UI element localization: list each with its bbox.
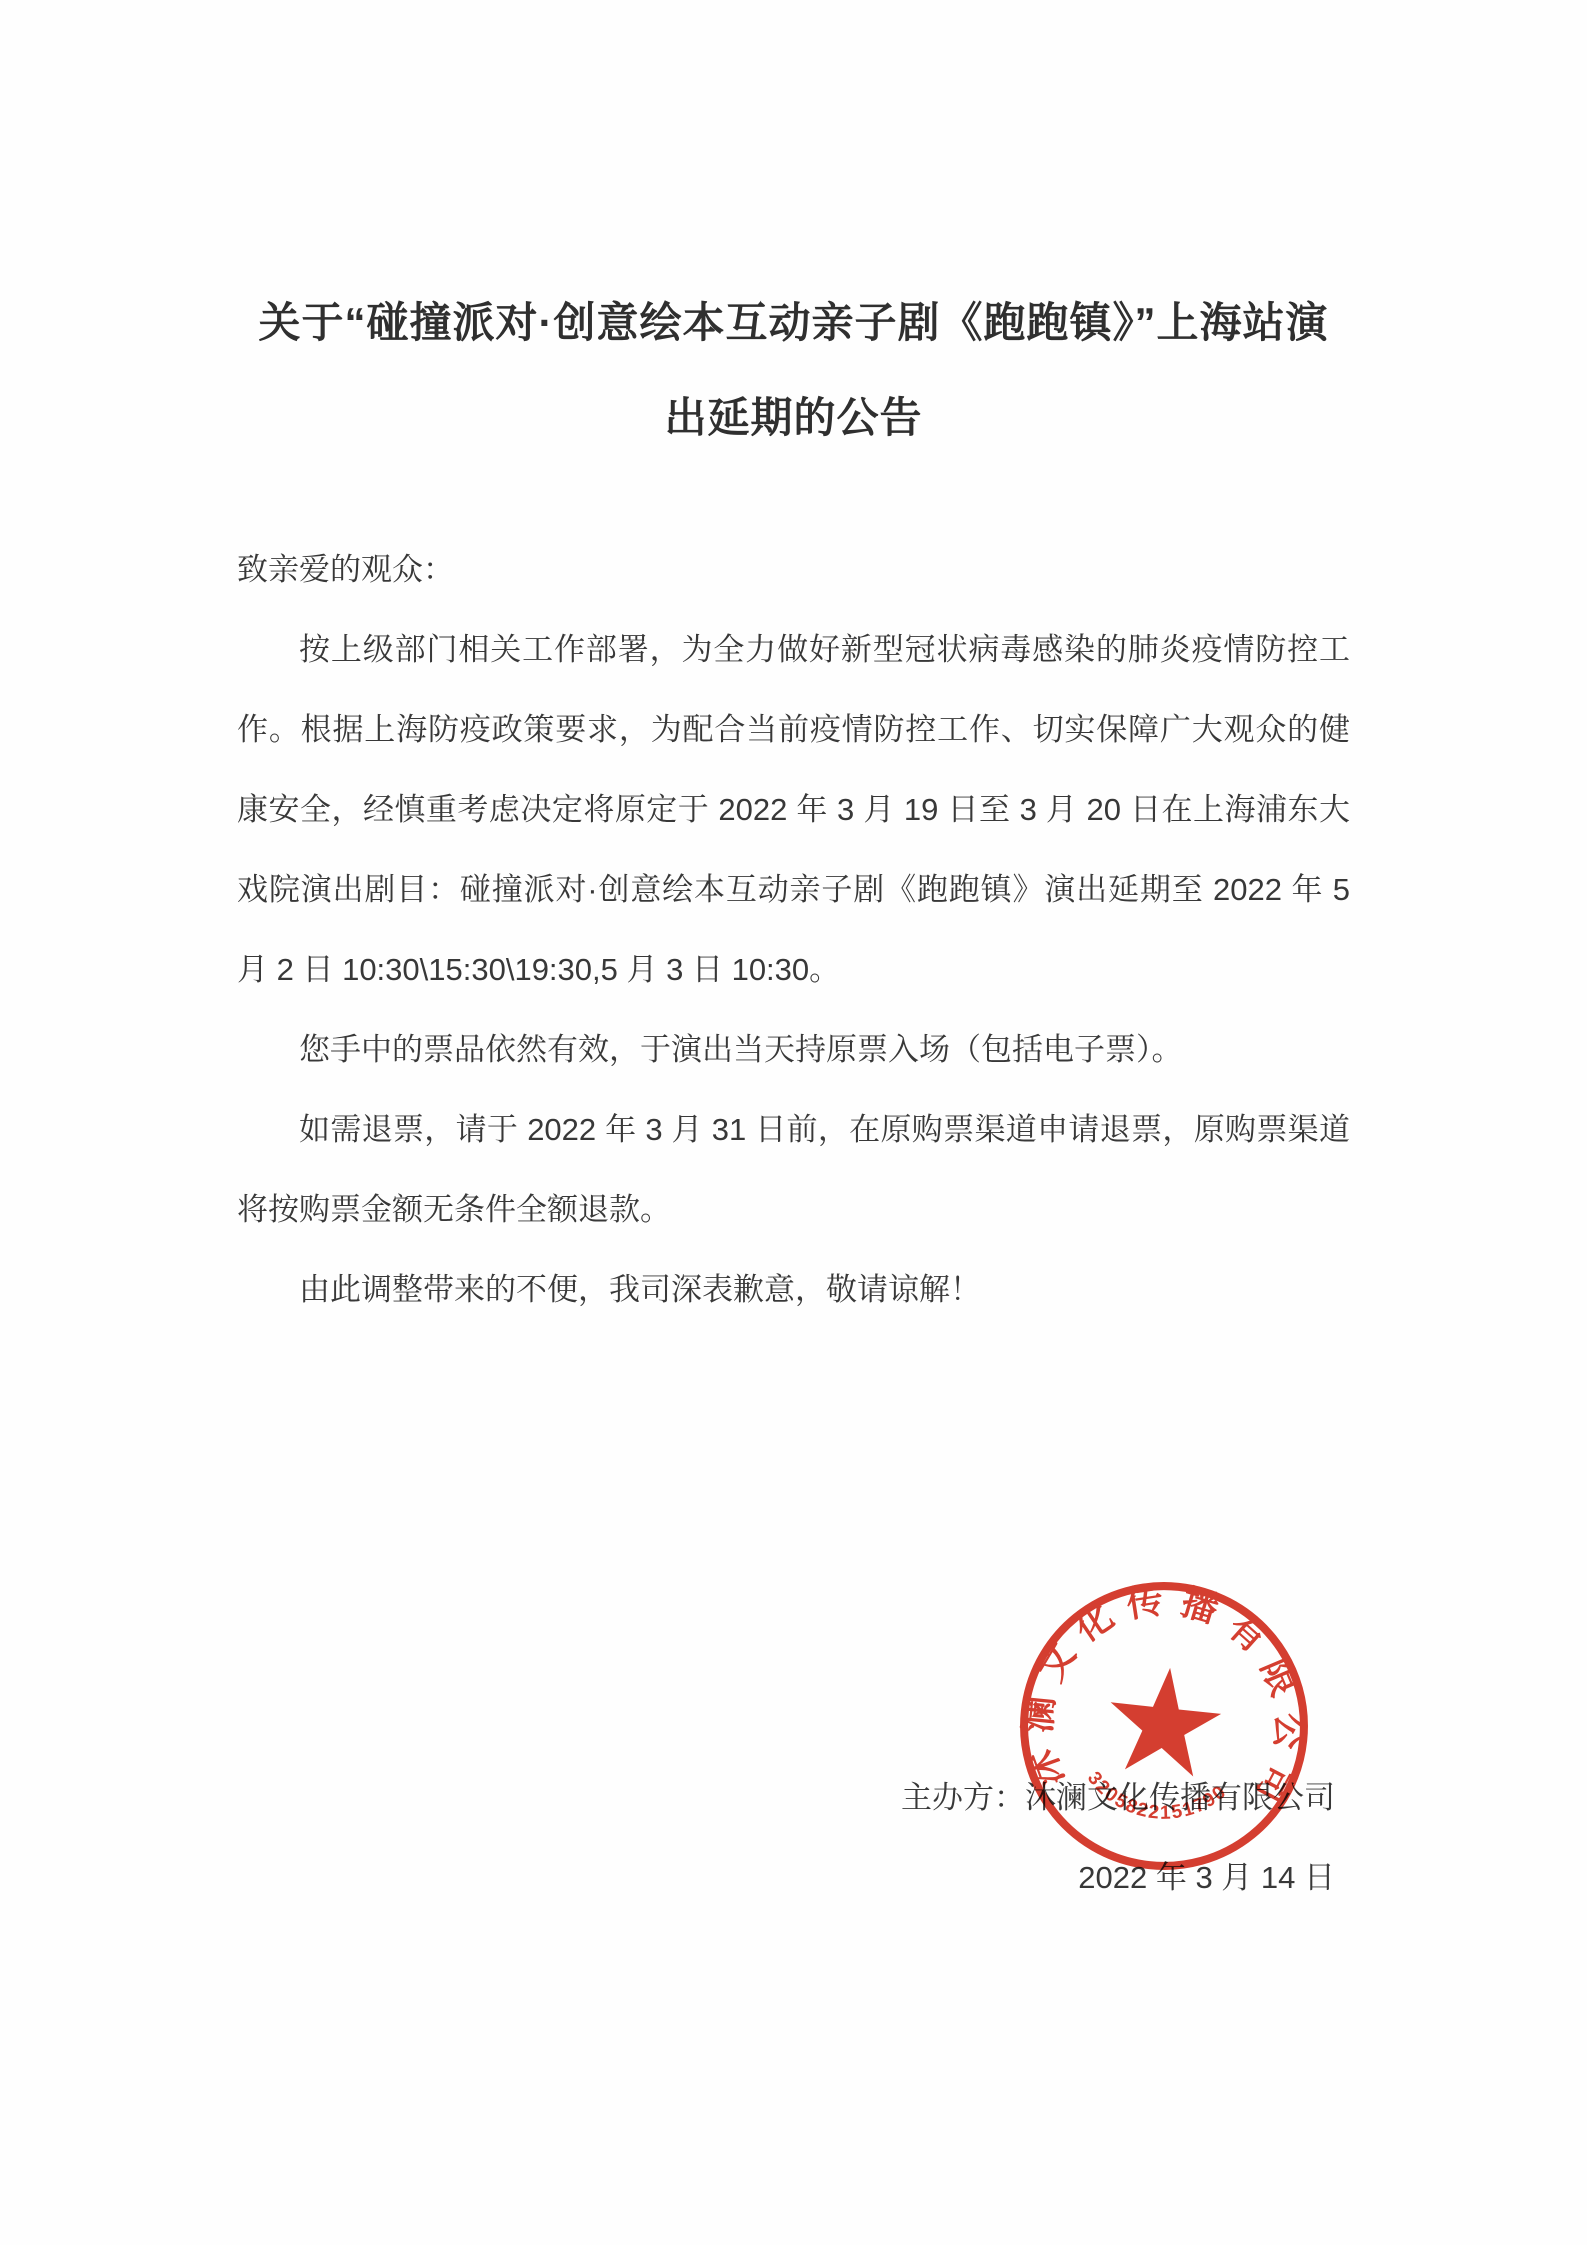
paragraph-postponement-details: 按上级部门相关工作部署，为全力做好新型冠状病毒感染的肺炎疫情防控工作。根据上海防… (237, 610, 1350, 1010)
title-line-1: 关于“碰撞派对·创意绘本互动亲子剧《跑跑镇》”上海站演 (259, 299, 1329, 346)
organizer-line: 主办方：沐澜文化传播有限公司 (237, 1758, 1335, 1838)
paragraph-ticket-validity: 您手中的票品依然有效，于演出当天持原票入场（包括电子票）。 (237, 1010, 1350, 1090)
page-title: 关于“碰撞派对·创意绘本互动亲子剧《跑跑镇》”上海站演出延期的公告 (237, 275, 1350, 465)
announcement-document: 关于“碰撞派对·创意绘本互动亲子剧《跑跑镇》”上海站演出延期的公告 致亲爱的观众… (0, 0, 1587, 2245)
signature-block: 主办方：沐澜文化传播有限公司 2022 年 3 月 14 日 (237, 1758, 1350, 1918)
paragraph-apology: 由此调整带来的不便，我司深表歉意，敬请谅解！ (237, 1250, 1350, 1330)
date-line: 2022 年 3 月 14 日 (237, 1838, 1335, 1918)
document-content: 关于“碰撞派对·创意绘本互动亲子剧《跑跑镇》”上海站演出延期的公告 致亲爱的观众… (237, 0, 1350, 1918)
title-line-2: 出延期的公告 (664, 394, 922, 441)
salutation: 致亲爱的观众： (237, 530, 1350, 610)
paragraph-refund-policy: 如需退票，请于 2022 年 3 月 31 日前，在原购票渠道申请退票，原购票渠… (237, 1090, 1350, 1250)
